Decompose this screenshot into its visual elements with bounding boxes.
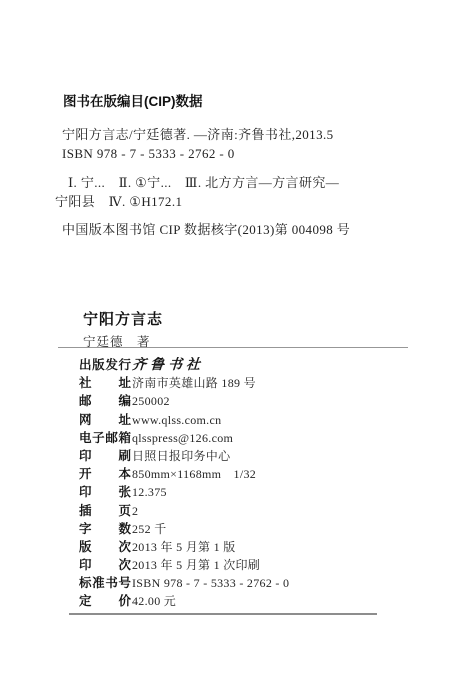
colophon-row-edition: 版次 2013 年 5 月第 1 版 — [79, 538, 419, 556]
row-label: 标准书号 — [79, 574, 131, 592]
row-label: 社址 — [79, 374, 131, 392]
publisher-calligraphy: 齐鲁书社 — [131, 357, 204, 375]
colophon-row-inserts: 插页 2 — [79, 502, 419, 520]
colophon-row-address: 社址 济南市英雄山路 189 号 — [79, 374, 419, 392]
divider-bottom — [69, 613, 377, 615]
row-value: 济南市英雄山路 189 号 — [132, 374, 256, 392]
cip-classification-line-2: 宁阳县 Ⅳ. ①H172.1 — [55, 191, 182, 210]
row-label: 版次 — [79, 538, 131, 556]
row-value: 2013 年 5 月第 1 次印刷 — [132, 556, 260, 574]
cip-isbn-line: ISBN 978 - 7 - 5333 - 2762 - 0 — [62, 146, 235, 162]
colophon-row-isbn: 标准书号 ISBN 978 - 7 - 5333 - 2762 - 0 — [79, 574, 419, 592]
row-value: qlsspress@126.com — [132, 429, 233, 447]
row-value: ISBN 978 - 7 - 5333 - 2762 - 0 — [132, 574, 289, 592]
cip-record-line: 宁阳方言志/宁廷德著. —济南:齐鲁书社,2013.5 — [62, 124, 334, 143]
row-value: 42.00 元 — [132, 592, 176, 610]
row-label: 定价 — [79, 592, 131, 610]
row-value: www.qlss.com.cn — [132, 411, 221, 429]
colophon-row-wordcount: 字数 252 千 — [79, 520, 419, 538]
colophon-row-publisher: 出版发行 齐鲁书社 — [79, 356, 419, 374]
row-label: 邮编 — [79, 392, 131, 410]
colophon-row-postcode: 邮编 250002 — [79, 392, 419, 410]
row-label: 网址 — [79, 411, 131, 429]
row-value: 日照日报印务中心 — [132, 447, 230, 465]
row-label: 插页 — [79, 502, 131, 520]
row-label: 印刷 — [79, 447, 131, 465]
cip-registry-line: 中国版本图书馆 CIP 数据核字(2013)第 004098 号 — [62, 219, 350, 238]
book-title: 宁阳方言志 — [83, 308, 163, 329]
row-label: 字数 — [79, 520, 131, 538]
row-value: 12.375 — [132, 483, 167, 501]
colophon-row-sheets: 印张 12.375 — [79, 483, 419, 501]
colophon-table: 出版发行 齐鲁书社 社址 济南市英雄山路 189 号 邮编 250002 网址 … — [79, 356, 419, 611]
colophon-row-email: 电子邮箱 qlsspress@126.com — [79, 429, 419, 447]
row-label: 开本 — [79, 465, 131, 483]
copyright-page: 图书在版编目(CIP)数据 宁阳方言志/宁廷德著. —济南:齐鲁书社,2013.… — [0, 0, 450, 687]
row-value: 850mm×1168mm 1/32 — [132, 465, 256, 483]
colophon-row-website: 网址 www.qlss.com.cn — [79, 411, 419, 429]
colophon-row-printer: 印刷 日照日报印务中心 — [79, 447, 419, 465]
row-label: 电子邮箱 — [79, 429, 131, 447]
colophon-row-format: 开本 850mm×1168mm 1/32 — [79, 465, 419, 483]
colophon-row-price: 定价 42.00 元 — [79, 592, 419, 610]
row-label: 印次 — [79, 556, 131, 574]
divider-top — [58, 347, 408, 348]
row-value: 2 — [132, 502, 138, 520]
colophon-row-impression: 印次 2013 年 5 月第 1 次印刷 — [79, 556, 419, 574]
cip-heading: 图书在版编目(CIP)数据 — [63, 90, 203, 110]
row-value: 2013 年 5 月第 1 版 — [132, 538, 236, 556]
row-value: 252 千 — [132, 520, 167, 538]
row-label: 出版发行 — [79, 356, 131, 374]
cip-classification-line-1: Ⅰ. 宁... Ⅱ. ①宁... Ⅲ. 北方方言—方言研究— — [68, 172, 339, 191]
row-value: 250002 — [132, 392, 170, 410]
row-label: 印张 — [79, 483, 131, 501]
